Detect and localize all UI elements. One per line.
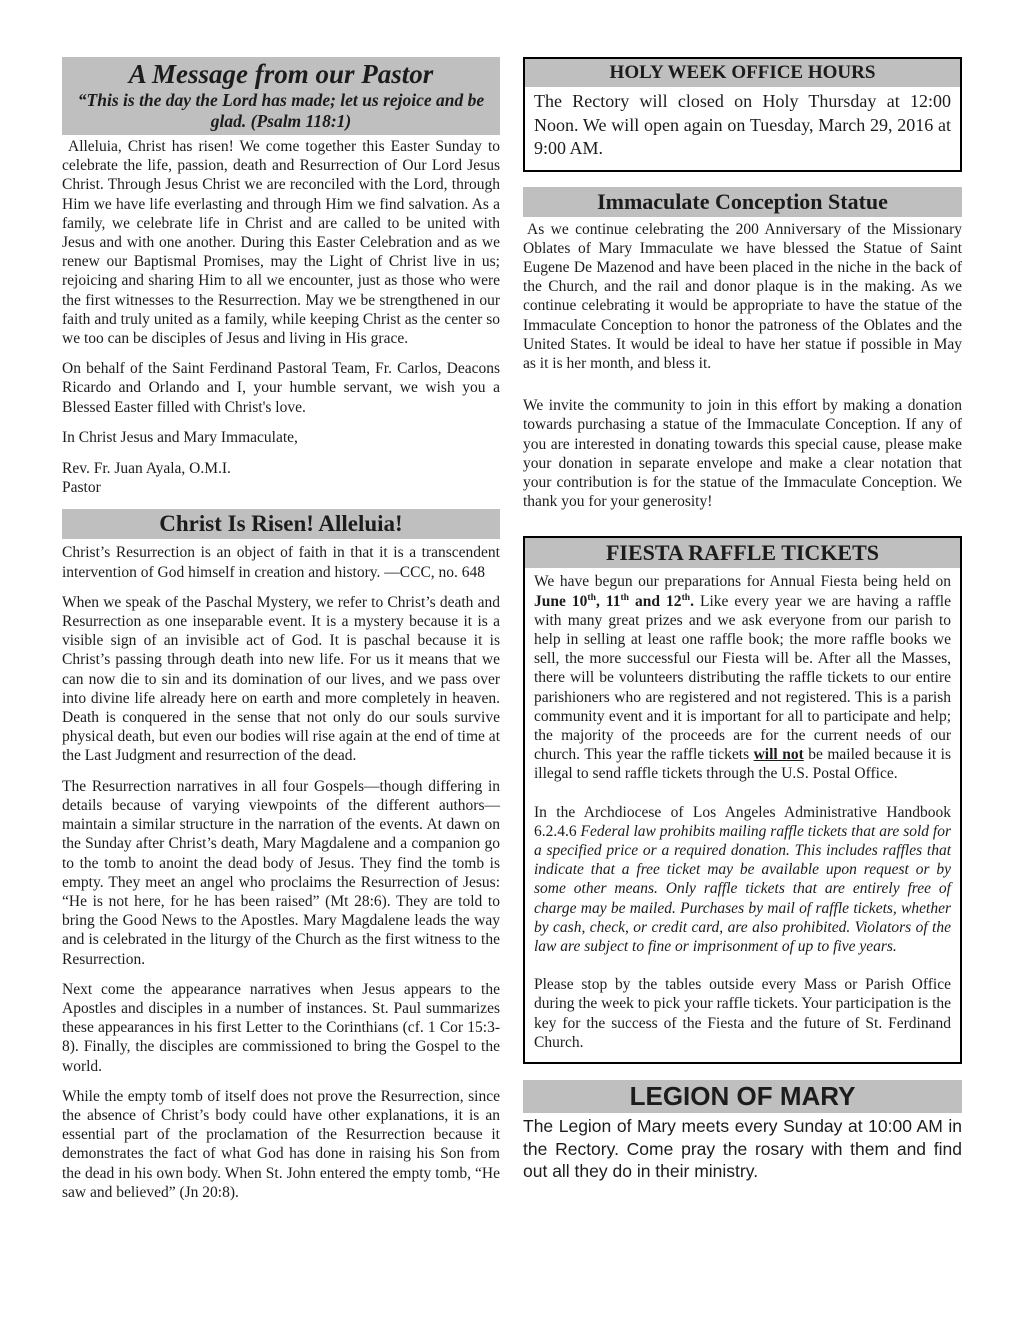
text-segment: th — [620, 591, 629, 602]
bulletin-page: A Message from our Pastor “This is the d… — [0, 0, 1020, 1202]
legion-section-header: LEGION OF MARY — [523, 1080, 962, 1113]
office-hours-box: HOLY WEEK OFFICE HOURS The Rectory will … — [523, 57, 962, 172]
paragraph: The Resurrection narratives in all four … — [62, 777, 500, 969]
paragraph: Rev. Fr. Juan Ayala, O.M.I.Pastor — [62, 459, 500, 497]
paragraph: Alleluia, Christ has risen! We come toge… — [62, 137, 500, 348]
office-hours-body: The Rectory will closed on Holy Thursday… — [525, 87, 960, 170]
text-segment: th — [587, 591, 596, 602]
pastor-subtitle: “This is the day the Lord has made; let … — [66, 90, 496, 131]
raffle-body: We have begun our preparations for Annua… — [525, 568, 960, 1062]
text-segment: We have begun our preparations for Annua… — [534, 573, 951, 590]
office-hours-header: HOLY WEEK OFFICE HOURS — [525, 59, 960, 87]
text-segment: , 11 — [596, 593, 621, 610]
legion-body: The Legion of Mary meets every Sunday at… — [523, 1115, 962, 1183]
text-segment: th — [682, 591, 691, 602]
paragraph: When we speak of the Paschal Mystery, we… — [62, 593, 500, 766]
statue-section-header: Immaculate Conception Statue — [523, 187, 962, 217]
paragraph: In Christ Jesus and Mary Immaculate, — [62, 428, 500, 447]
paragraph: As we continue celebrating the 200 Anniv… — [523, 220, 962, 374]
raffle-header: FIESTA RAFFLE TICKETS — [525, 538, 960, 568]
paragraph: Please stop by the tables outside every … — [534, 975, 951, 1052]
text-segment: will not — [754, 746, 804, 763]
text-segment: Federal law prohibits mailing raffle tic… — [534, 823, 951, 955]
paragraph: We have begun our preparations for Annua… — [534, 572, 951, 783]
paragraph: Next come the appearance narratives when… — [62, 980, 500, 1076]
pastor-title: A Message from our Pastor — [66, 59, 496, 90]
paragraph: In the Archdiocese of Los Angeles Admini… — [534, 803, 951, 957]
pastor-section-header: A Message from our Pastor “This is the d… — [62, 57, 500, 135]
left-column: A Message from our Pastor “This is the d… — [62, 57, 500, 1202]
text-segment: and 12 — [629, 593, 682, 610]
text-segment: Like every year we are having a raffle w… — [534, 593, 951, 764]
paragraph: While the empty tomb of itself does not … — [62, 1087, 500, 1202]
risen-body: Christ’s Resurrection is an object of fa… — [62, 543, 500, 1202]
raffle-box: FIESTA RAFFLE TICKETS We have begun our … — [523, 536, 962, 1064]
pastor-body: Alleluia, Christ has risen! We come toge… — [62, 137, 500, 497]
text-segment: June 10 — [534, 593, 587, 610]
right-column: HOLY WEEK OFFICE HOURS The Rectory will … — [523, 57, 962, 1202]
paragraph: Christ’s Resurrection is an object of fa… — [62, 543, 500, 581]
paragraph: On behalf of the Saint Ferdinand Pastora… — [62, 359, 500, 417]
paragraph: We invite the community to join in this … — [523, 396, 962, 511]
statue-body: As we continue celebrating the 200 Anniv… — [523, 220, 962, 512]
risen-section-header: Christ Is Risen! Alleluia! — [62, 509, 500, 539]
